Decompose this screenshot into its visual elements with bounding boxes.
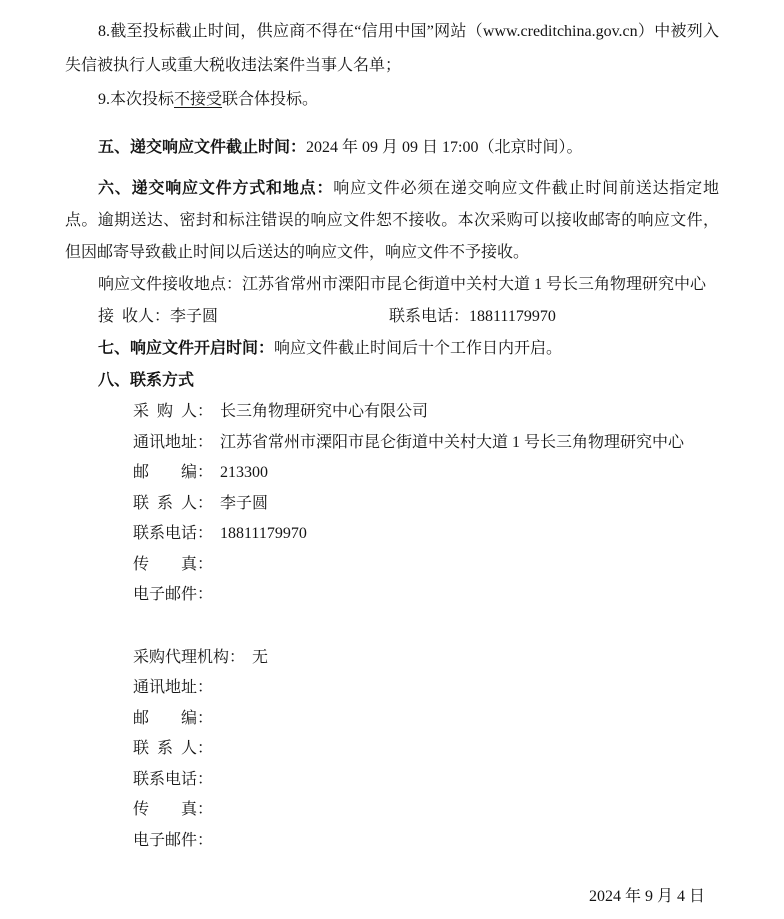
purchaser-contact-value: 李子圆	[213, 495, 268, 512]
agency-row-contact: 联 系 人：	[133, 734, 719, 765]
clause-8-text: 8.截至投标截止时间，供应商不得在“信用中国”网站（www.creditchin…	[65, 23, 719, 74]
agency-row-fax: 传 真：	[133, 795, 719, 826]
section-5: 五、递交响应文件截止时间：2024 年 09 月 09 日 17:00（北京时间…	[65, 131, 719, 165]
purchaser-row-name: 采 购 人：长三角物理研究中心有限公司	[133, 397, 719, 428]
section-5-heading: 五、递交响应文件截止时间：	[98, 139, 306, 156]
clause-9-suffix: 联合体投标。	[222, 91, 318, 108]
purchaser-address-label: 通讯地址：	[133, 434, 213, 451]
agency-postcode-label: 邮 编：	[133, 710, 213, 727]
section-6-heading: 六、递交响应文件方式和地点：	[98, 180, 333, 197]
purchaser-row-address: 通讯地址：江苏省常州市溧阳市昆仑街道中关村大道 1 号长三角物理研究中心	[133, 428, 719, 459]
purchaser-fax-label: 传 真：	[133, 556, 213, 573]
agency-email-label: 电子邮件：	[133, 832, 213, 849]
purchaser-email-label: 电子邮件：	[133, 586, 213, 603]
agency-fax-value	[213, 801, 220, 818]
purchaser-name-value: 长三角物理研究中心有限公司	[213, 403, 428, 420]
section-8: 八、联系方式	[65, 365, 719, 397]
purchaser-contact-label: 联 系 人：	[133, 495, 213, 512]
purchaser-row-contact: 联 系 人：李子圆	[133, 489, 719, 520]
agency-row-email: 电子邮件：	[133, 826, 719, 857]
receiver-name-group: 接 收人：李子圆	[98, 301, 389, 333]
clause-9-prefix: 9.本次投标	[98, 91, 174, 108]
receive-location-value: 江苏省常州市溧阳市昆仑街道中关村大道 1 号长三角物理研究中心	[242, 276, 706, 293]
agency-contact-value	[213, 740, 220, 757]
agency-fax-label: 传 真：	[133, 801, 213, 818]
clause-9: 9.本次投标不接受联合体投标。	[65, 83, 719, 117]
section-7: 七、响应文件开启时间：响应文件截止时间后十个工作日内开启。	[65, 333, 719, 365]
purchaser-postcode-label: 邮 编：	[133, 464, 213, 481]
purchaser-row-phone: 联系电话：18811179970	[133, 519, 719, 550]
agency-address-label: 通讯地址：	[133, 679, 213, 696]
agency-postcode-value	[213, 710, 220, 727]
section-5-body: 2024 年 09 月 09 日 17:00（北京时间）。	[306, 139, 582, 156]
document-page: 8.截至投标截止时间，供应商不得在“信用中国”网站（www.creditchin…	[0, 0, 784, 919]
purchaser-row-email: 电子邮件：	[133, 580, 719, 611]
receiver-phone-value: 18811179970	[469, 308, 556, 325]
agency-contact-block: 采购代理机构：无 通讯地址： 邮 编： 联 系 人： 联系电话： 传 真： 电子…	[133, 643, 719, 857]
agency-email-value	[213, 832, 220, 849]
receiver-value: 李子圆	[170, 308, 218, 325]
agency-row-name: 采购代理机构：无	[133, 643, 719, 674]
agency-phone-value	[213, 771, 220, 788]
purchaser-email-value	[213, 586, 220, 603]
agency-row-address: 通讯地址：	[133, 673, 719, 704]
agency-phone-label: 联系电话：	[133, 771, 213, 788]
purchaser-phone-label: 联系电话：	[133, 525, 213, 542]
receive-location-line: 响应文件接收地点：江苏省常州市溧阳市昆仑街道中关村大道 1 号长三角物理研究中心	[65, 269, 719, 301]
purchaser-fax-value	[213, 556, 220, 573]
document-date: 2024 年 9 月 4 日	[65, 882, 705, 912]
section-8-heading: 八、联系方式	[98, 372, 194, 389]
purchaser-name-label: 采 购 人：	[133, 403, 213, 420]
receiver-label: 接 收人：	[98, 308, 170, 325]
section-6: 六、递交响应文件方式和地点：响应文件必须在递交响应文件截止时间前送达指定地点。逾…	[65, 173, 719, 269]
agency-contact-label: 联 系 人：	[133, 740, 213, 757]
agency-row-postcode: 邮 编：	[133, 704, 719, 735]
clause-8: 8.截至投标截止时间，供应商不得在“信用中国”网站（www.creditchin…	[65, 15, 719, 83]
receive-location-label: 响应文件接收地点：	[98, 276, 242, 293]
purchaser-contact-block: 采 购 人：长三角物理研究中心有限公司 通讯地址：江苏省常州市溧阳市昆仑街道中关…	[133, 397, 719, 611]
purchaser-postcode-value: 213300	[213, 464, 268, 481]
agency-address-value	[213, 679, 220, 696]
purchaser-address-value: 江苏省常州市溧阳市昆仑街道中关村大道 1 号长三角物理研究中心	[213, 434, 684, 451]
agency-name-value: 无	[245, 649, 268, 666]
purchaser-phone-value: 18811179970	[213, 525, 307, 542]
purchaser-row-fax: 传 真：	[133, 550, 719, 581]
clause-9-underlined: 不接受	[174, 91, 222, 108]
section-7-heading: 七、响应文件开启时间：	[98, 340, 274, 357]
receiver-phone-label: 联系电话：	[389, 308, 469, 325]
purchaser-row-postcode: 邮 编：213300	[133, 458, 719, 489]
agency-name-label: 采购代理机构：	[133, 649, 245, 666]
receiver-line: 接 收人：李子圆联系电话：18811179970	[65, 301, 719, 333]
section-7-body: 响应文件截止时间后十个工作日内开启。	[274, 340, 562, 357]
agency-row-phone: 联系电话：	[133, 765, 719, 796]
